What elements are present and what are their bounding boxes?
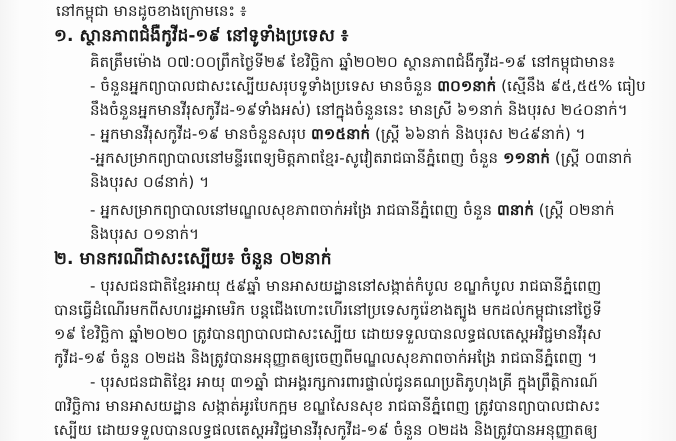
item2-text-a: - អ្នកមានវីរុសកូវីដ-១៩ មានចំនួនសរុប [90, 125, 311, 143]
recovered-total: ៣០១នាក់ [437, 77, 496, 95]
chak-angre-center-count: ៣នាក់ [497, 201, 534, 219]
case1-line3: ១៩ ខែវិច្ឆិកា ឆ្នាំ២០២០ ត្រូវបានព្យាបាលជ… [54, 323, 601, 345]
case2-line3: ស្បើយ ដោយទទួលបានលទ្ធផលតេស្តអវិជ្ជមានវីរុ… [54, 419, 598, 441]
section2-heading: ២. មានករណីជាសះស្បើយ៖ ចំនួន ០២នាក់ [54, 248, 332, 270]
item2-text-b: (ស្ត្រី ៦៦នាក់ និងបុរស ២៤៩នាក់) ។ [370, 125, 586, 143]
document-page: នៅកម្ពុជា មានដូចខាងក្រោមនេះ ៖ ១. ស្ថានភា… [0, 0, 676, 441]
section1-item1-line2: នឹងចំនួនអ្នកមានវីរុសកូវីដ-១៩ទាំងអស់) នៅក… [90, 99, 628, 121]
case1-line4: កូវីដ-១៩ ចំនួន ០២ដង និងត្រូវបានអនុញ្ញាតឲ… [54, 347, 597, 369]
item4-text-b: (ស្ត្រី ០២នាក់ [534, 201, 615, 219]
case2-line2: ៣វិច្ឆិការ មានអាសយដ្ឋាន សង្កាត់អូរបែកក្អ… [54, 395, 600, 417]
item3-text-a: -អ្នកសម្រាកព្យាបាលនៅមន្ទីរពេទ្យមិត្តភាពខ… [90, 149, 503, 167]
section1-item2: - អ្នកមានវីរុសកូវីដ-១៩ មានចំនួនសរុប ៣១៥ន… [90, 123, 586, 145]
item3-text-b: (ស្ត្រី ០៣នាក់ [550, 149, 632, 167]
item4-text-a: - អ្នកសម្រាកព្យាបាលនៅមណ្ឌលសុខភាពចាក់អង្រ… [90, 201, 497, 219]
item1-text-b: (ស្មើនឹង ៩៥,៥៥% ធៀប [496, 77, 646, 95]
khmer-soviet-hospital-count: ១១នាក់ [503, 149, 550, 167]
case1-line1: - បុរសជនជាតិខ្មែរអាយុ ៥៩ឆ្នាំ មានអាសយដ្ឋ… [90, 275, 601, 297]
section1-item4-line1: - អ្នកសម្រាកព្យាបាលនៅមណ្ឌលសុខភាពចាក់អង្រ… [90, 199, 615, 221]
item1-text-a: - ចំនួនអ្នកព្យាបាលជាសះស្បើយសរុបទូទាំងប្រ… [90, 77, 437, 95]
intro-line: នៅកម្ពុជា មានដូចខាងក្រោមនេះ ៖ [56, 0, 247, 22]
infected-total: ៣១៥នាក់ [311, 125, 370, 143]
section1-item3-line1: -អ្នកសម្រាកព្យាបាលនៅមន្ទីរពេទ្យមិត្តភាពខ… [90, 147, 632, 169]
section1-date-line: គិតត្រឹមម៉ោង ០៧:០០ព្រឹកថ្ងៃទី២៩ ខែវិច្ឆិ… [90, 51, 615, 73]
case1-line2: បានធ្វើដំណើរមកពីសហរដ្ឋអាមេរិក បន្តជើងហោះ… [54, 299, 602, 321]
section1-item4-line2: និងបុរស ០១នាក់។ [90, 223, 199, 245]
section1-heading: ១. ស្ថានភាពជំងឺកូវីដ-១៩ នៅទូទាំងប្រទេស ៖ [54, 25, 349, 47]
section1-item3-line2: និងបុរស ០៨នាក់) ។ [90, 171, 209, 193]
case2-line1: - បុរសជនជាតិខ្មែរ អាយុ ៣១ឆ្នាំ ជាអង្គរក្… [90, 371, 598, 393]
section1-item1-line1: - ចំនួនអ្នកព្យាបាលជាសះស្បើយសរុបទូទាំងប្រ… [90, 75, 646, 97]
